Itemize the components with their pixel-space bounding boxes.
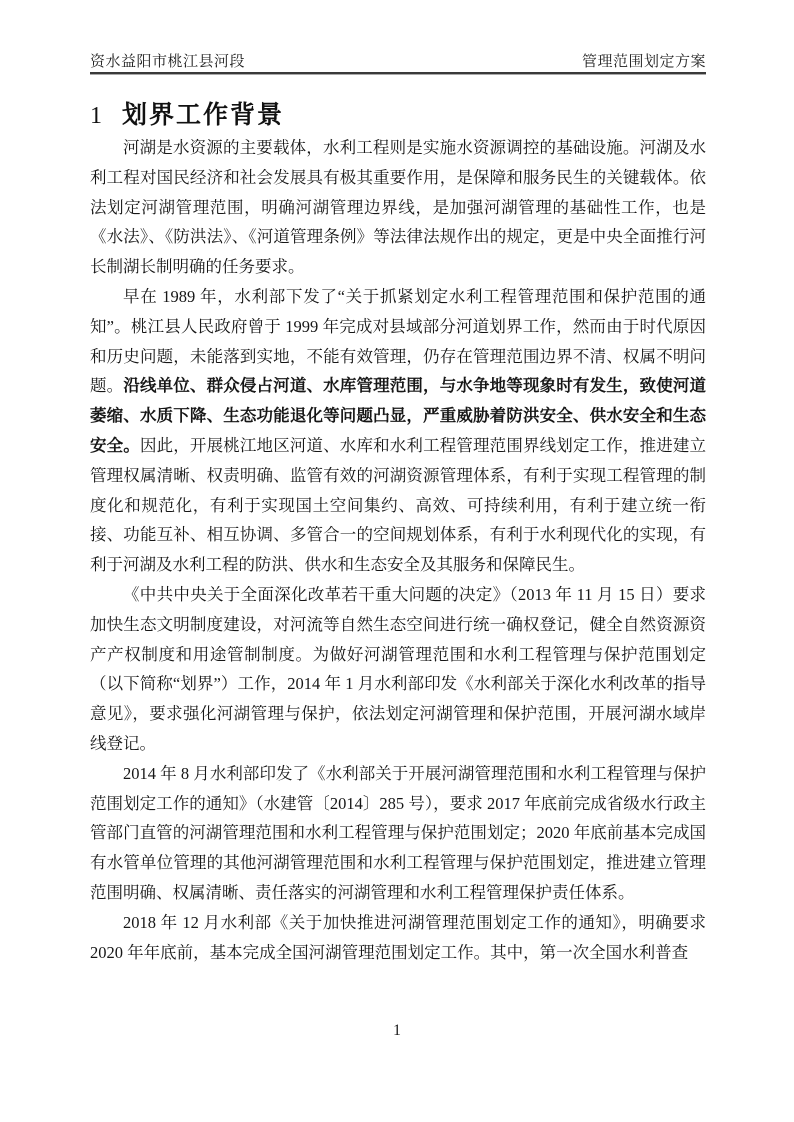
text-run: 2018 年 12 月水利部《关于加快推进河湖管理范围划定工作的通知》，明确要求… (90, 913, 706, 962)
paragraph: 2018 年 12 月水利部《关于加快推进河湖管理范围划定工作的通知》，明确要求… (90, 908, 706, 968)
text-run: 2014 年 8 月水利部印发了《水利部关于开展河湖管理范围和水利工程管理与保护… (90, 764, 706, 902)
section-title: 划界工作背景 (122, 101, 284, 129)
page-header: 资水益阳市桃江县河段 管理范围划定方案 (90, 50, 706, 71)
paragraph: 《中共中央关于全面深化改革若干重大问题的决定》（2013 年 11 月 15 日… (90, 580, 706, 759)
header-rule-light-line (90, 74, 706, 75)
text-run: 因此，开展桃江地区河道、水库和水利工程管理范围界线划定工作，推进建立管理权属清晰… (90, 436, 706, 574)
header-rule (90, 72, 706, 75)
paragraph: 早在 1989 年，水利部下发了“关于抓紧划定水利工程管理范围和保护范围的通知”… (90, 282, 706, 580)
paragraph: 2014 年 8 月水利部印发了《水利部关于开展河湖管理范围和水利工程管理与保护… (90, 759, 706, 908)
paragraph: 河湖是水资源的主要载体，水利工程则是实施水资源调控的基础设施。河湖及水利工程对国… (90, 133, 706, 282)
document-page: 资水益阳市桃江县河段 管理范围划定方案 1 划界工作背景 河湖是水资源的主要载体… (0, 0, 794, 1122)
text-run: 河湖是水资源的主要载体，水利工程则是实施水资源调控的基础设施。河湖及水利工程对国… (90, 138, 706, 276)
header-left-title: 资水益阳市桃江县河段 (90, 50, 245, 71)
section-number: 1 (90, 103, 102, 129)
section-heading: 1 划界工作背景 (90, 94, 284, 131)
document-body: 河湖是水资源的主要载体，水利工程则是实施水资源调控的基础设施。河湖及水利工程对国… (90, 133, 706, 967)
page-number: 1 (0, 1022, 794, 1040)
header-right-title: 管理范围划定方案 (582, 50, 706, 71)
text-run: 《中共中央关于全面深化改革若干重大问题的决定》（2013 年 11 月 15 日… (90, 585, 706, 753)
